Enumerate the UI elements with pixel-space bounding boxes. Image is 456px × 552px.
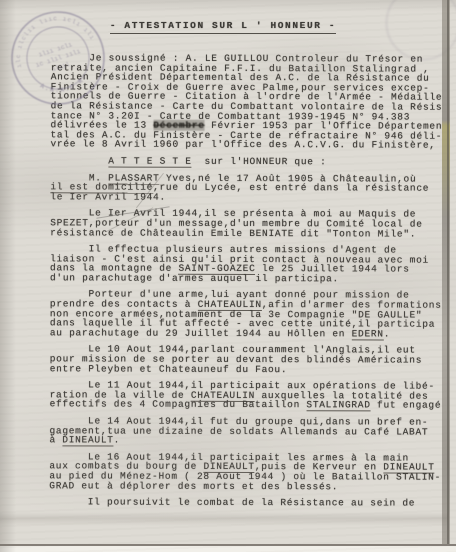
paragraph: Il effectua plusieurs autres missions d'…: [50, 244, 452, 284]
underlined-text: EDERN: [352, 328, 384, 340]
typed-line: effectifs des 4 Compagnies du Bataillon …: [50, 400, 452, 411]
text-segment: au parachutage du 29 Juillet 1944 au Hôl…: [50, 327, 352, 339]
paragraph: Le 10 Aout 1944,parlant couramment l'Ang…: [50, 345, 452, 375]
typed-line: vrée le 8 Avril 1960 par l'Office des A.…: [50, 140, 452, 151]
typed-line: A T T E S T E sur l'HONNEUR que :: [50, 156, 452, 167]
typed-line: résistance de Châteaulin Emile BENIATE d…: [50, 228, 452, 239]
text-segment: effectifs des 4 Compagnies du Bataillon: [50, 399, 307, 411]
paragraph: Le Ier Avril 1944,il se présenta à moi a…: [50, 209, 452, 239]
paragraph: Porteur d'une arme,lui ayant donné pour …: [50, 290, 452, 339]
text-segment: fut engagé: [371, 400, 442, 411]
text-segment: vrée le 8 Avril 1960 par l'Office des A.…: [50, 139, 435, 151]
text-segment: le Ier Avril 1944.: [50, 191, 166, 202]
text-segment: sur l'HONNEUR que :: [192, 156, 327, 167]
text-segment: .: [384, 328, 390, 339]
document-title-text: - ATTESTATION SUR L ' HONNEUR -: [110, 20, 336, 34]
typed-line: le Ier Avril 1944.: [50, 192, 452, 203]
page-edge-right-line: [447, 0, 449, 546]
underlined-text: A T T E S T E: [108, 155, 192, 167]
text-segment: à: [49, 434, 62, 445]
text-segment: résistance de Châteaulin Emile BENIATE d…: [50, 227, 416, 239]
text-segment: ,rue du Lycée, est entré dans la résista…: [153, 182, 429, 194]
document-body: Je soussigné : A. LE GUILLOU Controleur …: [49, 53, 453, 515]
typed-line: entre Pleyben et Chateauneuf du Faou.: [50, 364, 452, 375]
paragraph: Le 16 Aout 1944,il participait les armes…: [49, 452, 451, 492]
paragraph: Il poursuivit le combat de la Résistance…: [49, 497, 451, 508]
scanned-document-page: - ATTESTATION SUR L ' HONNEUR - Je souss…: [0, 0, 456, 552]
redacted-word: Décembre: [153, 120, 204, 131]
text-segment: .: [114, 435, 120, 446]
paragraph: A T T E S T E sur l'HONNEUR que :: [50, 156, 452, 167]
typed-line: GRAD eut à déplorer des morts et des ble…: [49, 481, 451, 492]
text-segment: Il poursuivit le combat de la Résistance…: [49, 496, 415, 508]
page-bottom-edge: [0, 544, 456, 552]
typed-line: Il poursuivit le combat de la Résistance…: [49, 497, 451, 508]
paragraph: Le 14 Aout 1944,il fut du groupe qui,dan…: [49, 416, 451, 446]
text-segment: GRAD eut à déplorer des morts et des ble…: [49, 480, 338, 492]
text-segment: entre Pleyben et Chateauneuf du Faou.: [50, 363, 288, 375]
typed-line: d'un parachutage d'armes auquel il parti…: [50, 273, 452, 284]
text-segment: d'un parachutage d'armes auquel il parti…: [50, 272, 339, 284]
underlined-text: DINEAULT: [62, 435, 113, 447]
typed-line: au parachutage du 29 Juillet 1944 au Hôl…: [50, 328, 452, 339]
text-segment: [50, 155, 108, 166]
underlined-text: STALINGRAD: [306, 400, 370, 412]
paragraph: Le 11 Aout 1944,il participait aux opéra…: [50, 381, 452, 411]
paragraph: M. PLASSART Yves,né le 17 Août 1905 à Ch…: [50, 173, 452, 203]
